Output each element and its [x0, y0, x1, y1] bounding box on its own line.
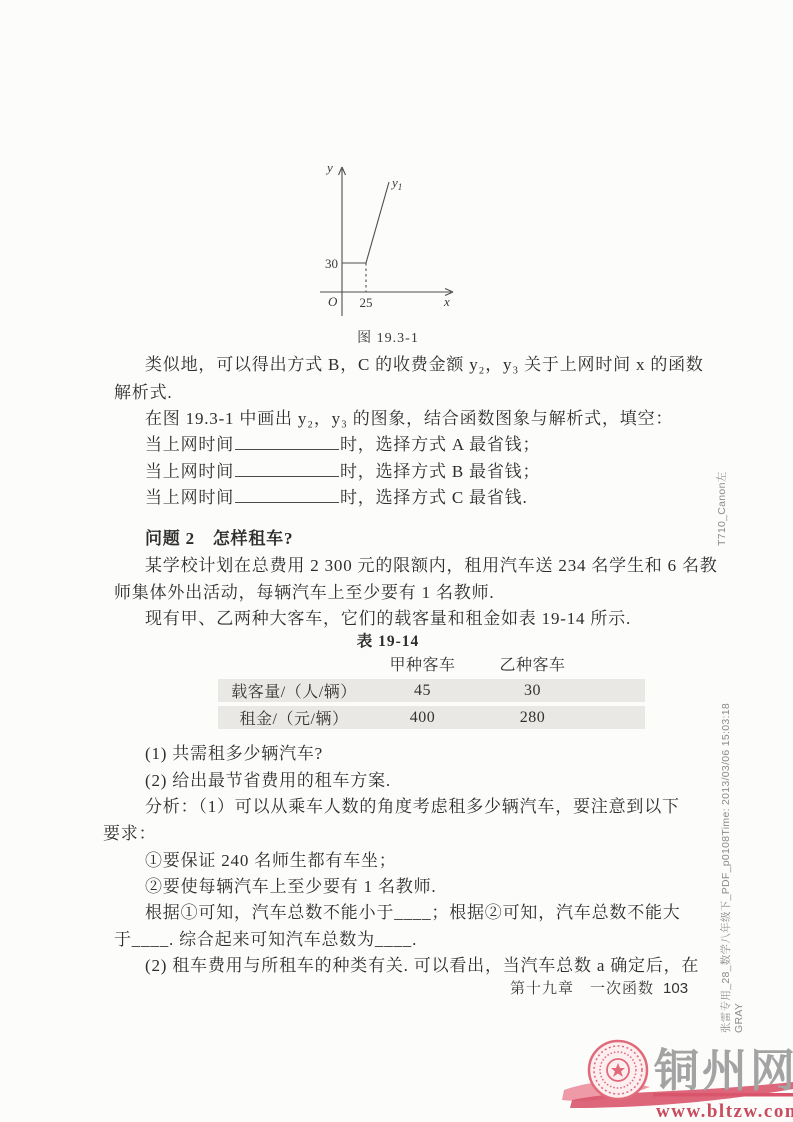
fill-line-plan-b: 当上网时间时，选择方式 B 最省钱；: [145, 461, 540, 483]
fill-blank: [235, 487, 339, 503]
scanned-textbook-page: y x O 30 25 y1 图 19.3-1 类似地，可以得出方式 B，C 的…: [0, 0, 793, 1122]
figure-caption: 图 19.3-1: [328, 327, 448, 347]
table-header-bus-b: 乙种客车: [475, 652, 590, 675]
deduction-line2: 于____. 综合起来可知汽车总数为____.: [114, 929, 417, 951]
requirement-1: ①要保证 240 名师生都有车坐；: [145, 850, 397, 872]
table-row-capacity: 载客量/（人/辆） 45 30: [218, 679, 645, 702]
fill-line-plan-c: 当上网时间时，选择方式 C 最省钱.: [145, 487, 528, 509]
page-number: 103: [663, 980, 688, 997]
table-row-rent: 租金/（元/辆） 400 280: [218, 706, 645, 729]
scan-stamp-filename: 张雷专用_28_数学八年级下_PDF_p0108Time: 2013/03/06…: [720, 703, 732, 1033]
y-axis-label: y: [325, 160, 333, 175]
paragraph-draw-graphs: 在图 19.3-1 中画出 y₂，y₃ 的图象，结合函数图象与解析式，填空：: [145, 408, 673, 430]
fill-prefix: 当上网时间: [145, 488, 234, 507]
scan-stamp-file-info: 张雷专用_28_数学八年级下_PDF_p0108Time: 2013/03/06…: [720, 703, 746, 1033]
row-label: 载客量/（人/辆）: [218, 679, 370, 702]
table-header-bus-a: 甲种客车: [370, 652, 475, 675]
origin-label: O: [328, 294, 338, 309]
seal-badge-icon: [589, 1041, 647, 1099]
row-label: 租金/（元/辆）: [218, 706, 370, 729]
watermark-site-url: www.bltzw.com: [656, 1101, 793, 1122]
capacity-bus-a: 45: [370, 682, 475, 700]
rent-bus-a: 400: [370, 709, 475, 727]
table-title: 表 19-14: [288, 629, 488, 651]
page-footer: 第十九章 一次函数103: [510, 977, 688, 998]
x-tick-25: 25: [360, 295, 373, 310]
x-axis-label: x: [443, 294, 450, 309]
y-tick-30: 30: [325, 256, 338, 271]
paragraph-similarly-line1: 类似地，可以得出方式 B，C 的收费金额 y₂，y₃ 关于上网时间 x 的函数: [145, 354, 704, 376]
problem2-heading: 问题 2 怎样租车?: [145, 528, 293, 550]
paragraph-similarly-line2: 解析式.: [114, 382, 172, 404]
fill-suffix: 时，选择方式 C 最省钱.: [340, 488, 528, 507]
capacity-bus-b: 30: [475, 682, 590, 700]
chapter-title: 第十九章 一次函数: [510, 981, 654, 997]
line-label-y1: y1: [390, 175, 402, 192]
problem2-text-line1: 某学校计划在总费用 2 300 元的限额内，租用汽车送 234 名学生和 6 名…: [145, 555, 718, 577]
table-header-row: 甲种客车 乙种客车: [218, 651, 645, 676]
analysis-line2: 要求：: [103, 823, 156, 845]
question-1: (1) 共需租多少辆汽车?: [145, 743, 323, 765]
problem2-text-line3: 现有甲、乙两种大客车，它们的载客量和租金如表 19-14 所示.: [145, 608, 631, 630]
fill-suffix: 时，选择方式 B 最省钱；: [340, 462, 540, 481]
site-watermark: 铜州网 www.bltzw.com: [558, 1024, 793, 1122]
scan-stamp-device: T710_Canon左: [716, 471, 729, 546]
rent-bus-b: 280: [475, 709, 590, 727]
problem2-text-line2: 师集体外出活动，每辆汽车上至少要有 1 名教师.: [114, 582, 494, 604]
fill-prefix: 当上网时间: [145, 435, 234, 454]
rising-line-y1: [366, 182, 389, 263]
bus-table: 甲种客车 乙种客车 载客量/（人/辆） 45 30 租金/（元/辆） 400 2…: [218, 651, 645, 733]
question-2: (2) 给出最节省费用的租车方案.: [145, 770, 391, 792]
function-graph-figure: y x O 30 25 y1: [312, 156, 462, 338]
deduction-line1: 根据①可知，汽车总数不能小于____；根据②可知，汽车总数不能大: [145, 902, 681, 924]
fill-line-plan-a: 当上网时间时，选择方式 A 最省钱；: [145, 434, 540, 456]
fill-blank: [235, 434, 339, 450]
fill-blank: [235, 461, 339, 477]
analysis-line1: 分析：（1）可以从乘车人数的角度考虑租多少辆汽车，要注意到以下: [145, 796, 680, 818]
watermark-site-name: 铜州网: [653, 1046, 793, 1096]
fill-prefix: 当上网时间: [145, 462, 234, 481]
fill-suffix: 时，选择方式 A 最省钱；: [340, 435, 540, 454]
requirement-2: ②要使每辆汽车上至少要有 1 名教师.: [145, 876, 436, 898]
part2-analysis: (2) 租车费用与所租车的种类有关. 可以看出，当汽车总数 a 确定后，在: [145, 955, 699, 977]
